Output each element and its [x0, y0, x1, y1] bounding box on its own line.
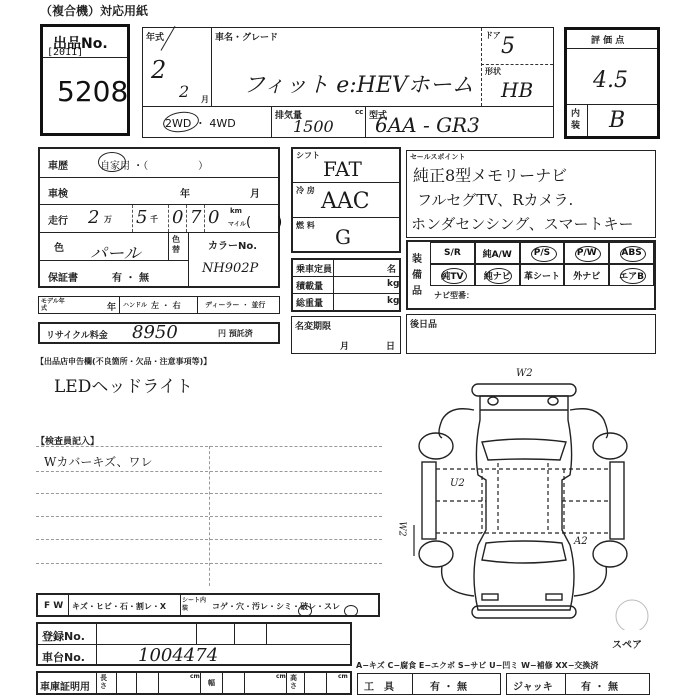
history-circle	[98, 152, 126, 172]
damage-mark-right: A2	[574, 536, 588, 547]
interior-label: 内装	[571, 108, 583, 132]
tools-box: 工 具 有 ・ 無	[357, 673, 501, 695]
sales-points-label: セールスポイント	[410, 152, 465, 162]
seller-notes-label: 【出品店申告欄(不良箇所・欠品・注意事項等)】	[36, 356, 211, 367]
displacement-value: 1500	[293, 117, 334, 136]
capacity-unit: 名	[387, 262, 396, 275]
damage-mark-front-left: W2	[396, 522, 406, 537]
recycle-value: 8950	[132, 322, 178, 343]
spec-block: シフト FAT 冷 房 AAC 燃 料 G	[291, 147, 401, 253]
equipment-circle	[441, 268, 467, 284]
mileage-digit: 0	[208, 207, 219, 228]
inspection-month-unit: 月	[250, 185, 260, 200]
interior-options[interactable]: コゲ・穴・汚レ・シミ・破レ・スレ	[212, 601, 340, 612]
recycle-label: リサイクル料金	[46, 328, 108, 341]
equipment-item[interactable]: 純A/W	[475, 242, 520, 264]
equipment-item[interactable]: 純TV	[430, 264, 475, 286]
ac-value: AAC	[321, 189, 370, 214]
door-label: ドア	[485, 30, 501, 41]
warranty-options[interactable]: 有 ・ 無	[112, 269, 149, 284]
displacement-unit: cc	[355, 108, 363, 116]
jack-label: ジャッキ	[513, 678, 553, 693]
equipment-grid: S/R純A/WP/SP/WABS純TV純ナビ革シート外ナビエアBナビ型番：	[430, 242, 654, 308]
dealer-options[interactable]: ディーラー ・ 並行	[205, 300, 265, 310]
equipment-circle	[620, 268, 646, 284]
mileage-man: 2	[88, 207, 99, 228]
shape-label: 形状	[485, 66, 501, 77]
sales-points-box: セールスポイント 純正8型メモリーナビ フルセグTV、Rカメラ. ホンダセンシン…	[406, 150, 656, 238]
mileage-unit-km: km	[230, 207, 242, 215]
mileage-unit-mile: マイル	[228, 219, 246, 228]
model-year-label: モデル年式	[41, 298, 67, 312]
handle-label: ハンドル	[123, 300, 147, 309]
sales-point-line: ホンダセンシング、スマートキー	[411, 213, 633, 234]
equipment-circle	[575, 246, 601, 262]
damage-legend: A−キズ C−腐食 E−エクボ S−サビ U−凹ミ W−補修 XX−交換済	[356, 660, 598, 671]
interior-value: B	[609, 108, 625, 133]
garage-length-label: 長さ	[100, 674, 108, 690]
inspection-year-unit: 年	[180, 185, 190, 200]
mileage-digit: 0	[172, 207, 183, 228]
equipment-item[interactable]: S/R	[430, 242, 475, 264]
color-code-label: カラーNo.	[208, 237, 257, 252]
equipment-item[interactable]: P/W	[564, 242, 609, 264]
capacity-label: 乗車定員	[296, 262, 332, 275]
equipment-item[interactable]: 外ナビ	[564, 264, 609, 286]
equipment-box: 装備品 S/R純A/WP/SP/WABS純TV純ナビ革シート外ナビエアBナビ型番…	[406, 240, 656, 310]
tools-options[interactable]: 有 ・ 無	[430, 678, 467, 693]
lot-number: 5208	[57, 75, 128, 108]
shift-label: シフト	[296, 150, 320, 161]
fw-label: F W	[44, 601, 63, 611]
garage-unit: cm	[190, 673, 200, 680]
color-change-label: 色替	[172, 235, 182, 255]
garage-unit: cm	[338, 673, 348, 680]
year-label: 年式	[146, 30, 164, 43]
warranty-label: 保証書	[48, 269, 78, 284]
interior-circle-stain	[298, 605, 312, 617]
registration-block: 登録No. 車台No. 1004474	[36, 622, 352, 666]
equipment-item[interactable]: 純ナビ	[475, 264, 520, 286]
fw-options[interactable]: キズ・ヒビ・石・割レ・X	[72, 601, 166, 612]
tools-label: 工 具	[364, 678, 394, 693]
recycle-suffix: 円 預託済	[218, 328, 253, 339]
equipment-item[interactable]: 革シート	[520, 264, 565, 286]
car-damage-diagram	[400, 360, 700, 630]
shape-value: HB	[501, 78, 533, 102]
inspector-value: Wカバーキズ、ワレ	[44, 453, 152, 470]
history-label: 車歴	[48, 157, 68, 172]
later-label: 後日品	[410, 317, 437, 330]
transfer-day: 日	[386, 339, 395, 352]
mileage-digit: 7	[190, 207, 201, 228]
door-value: 5	[501, 34, 515, 59]
equipment-item-label: S/R	[444, 248, 461, 258]
equipment-item[interactable]: P/S	[520, 242, 565, 264]
model-year-unit: 年	[107, 300, 116, 313]
equipment-item[interactable]: エアB	[609, 264, 654, 286]
chassis-value: 1004474	[138, 645, 218, 666]
form-header-note: （複合機）対応用紙	[40, 2, 148, 19]
gross-label: 総重量	[296, 296, 323, 309]
transfer-label: 名変期限	[295, 319, 331, 332]
registration-label: 登録No.	[42, 628, 85, 644]
equipment-circle	[620, 246, 646, 262]
sales-point-line: 純正8型メモリーナビ	[413, 163, 567, 186]
equipment-circle	[531, 246, 557, 262]
fw-interior-row: F W キズ・ヒビ・石・割レ・X シート内装 コゲ・穴・汚レ・シミ・破レ・スレ	[36, 593, 380, 617]
damage-mark-left: U2	[450, 478, 465, 489]
fuel-label: 燃 料	[296, 220, 315, 231]
model-value: 6AA - GR3	[375, 113, 480, 137]
history-block: 車歴 自家用 ・（ ） 車検 年 月 走行 2 万 5 千 0 7 0 km マ…	[38, 147, 280, 288]
damage-mark-rear: W2	[516, 368, 533, 379]
garage-width-label: 幅	[208, 678, 215, 688]
score-value: 4.5	[593, 68, 628, 93]
equipment-item-label: 革シート	[524, 269, 560, 282]
mileage-paren: ( )	[246, 211, 282, 230]
jack-box: ジャッキ 有 ・ 無	[506, 673, 650, 695]
load-label: 積載量	[296, 279, 323, 292]
garage-block: 車庫証明用 長さ cm 幅 cm 高さ cm	[36, 671, 352, 695]
gross-unit: kg	[387, 296, 399, 306]
spare-label: スペア	[612, 636, 642, 651]
month-value: 2	[179, 82, 189, 101]
model-year-row: モデル年式 年 ハンドル 左 ・ 右 ディーラー ・ 並行	[38, 296, 280, 314]
mileage-sen: 5	[136, 207, 147, 228]
score-label: 評 価 点	[591, 33, 624, 46]
recycle-row: リサイクル料金 8950 円 預託済	[38, 322, 280, 344]
garage-label: 車庫証明用	[40, 678, 90, 693]
month-unit: 月	[201, 94, 209, 105]
color-code-value: NH902P	[202, 261, 258, 276]
garage-height-label: 高さ	[290, 674, 298, 690]
equipment-item[interactable]: ABS	[609, 242, 654, 264]
handle-options[interactable]: 左 ・ 右	[151, 300, 181, 311]
fuel-value: G	[335, 225, 351, 249]
equipment-item-label: 純A/W	[483, 247, 512, 260]
sales-point-line: フルセグTV、Rカメラ.	[417, 189, 573, 210]
seller-notes-value: LEDヘッドライト	[54, 372, 193, 397]
equipment-circle	[486, 268, 512, 284]
chassis-label: 車台No.	[42, 649, 85, 665]
shift-value: FAT	[323, 157, 362, 181]
transfer-block: 名変期限 月 日	[291, 316, 401, 354]
interior-options-label: シート内装	[182, 597, 210, 613]
later-box: 後日品	[406, 314, 656, 354]
interior-circle-tear	[344, 605, 358, 617]
name-label: 車名・グレード	[215, 30, 278, 43]
lot-number-box: 出品No. [2011] 5208	[40, 24, 130, 136]
grade-box: 評 価 点 4.5 内装 B	[564, 27, 660, 139]
ac-label: 冷 房	[296, 185, 315, 196]
equipment-label: 装備品	[412, 252, 424, 300]
color-label: 色	[54, 239, 64, 254]
mileage-sen-unit: 千	[150, 214, 158, 225]
jack-options[interactable]: 有 ・ 無	[581, 678, 618, 693]
name-value: フィット e:HEVホーム	[243, 68, 474, 99]
garage-unit: cm	[276, 673, 286, 680]
mileage-label: 走行	[48, 212, 68, 227]
capacity-block: 乗車定員 名 積載量 kg 総重量 kg	[291, 258, 401, 312]
inspection-label: 車検	[48, 185, 68, 200]
mileage-man-unit: 万	[104, 214, 112, 225]
vehicle-drive-box: 2WD ・ 4WD 排気量 1500 cc 型式 6AA - GR3	[142, 106, 554, 138]
equipment-item-label: 外ナビ	[573, 269, 600, 282]
year-value: 2	[151, 56, 166, 84]
vehicle-info-box: 年式 2 2 月 車名・グレード フィット e:HEVホーム ドア 5 形状 H…	[142, 27, 554, 107]
transfer-month: 月	[340, 339, 349, 352]
load-unit: kg	[387, 279, 399, 289]
navi-model-label: ナビ型番：	[434, 290, 474, 301]
